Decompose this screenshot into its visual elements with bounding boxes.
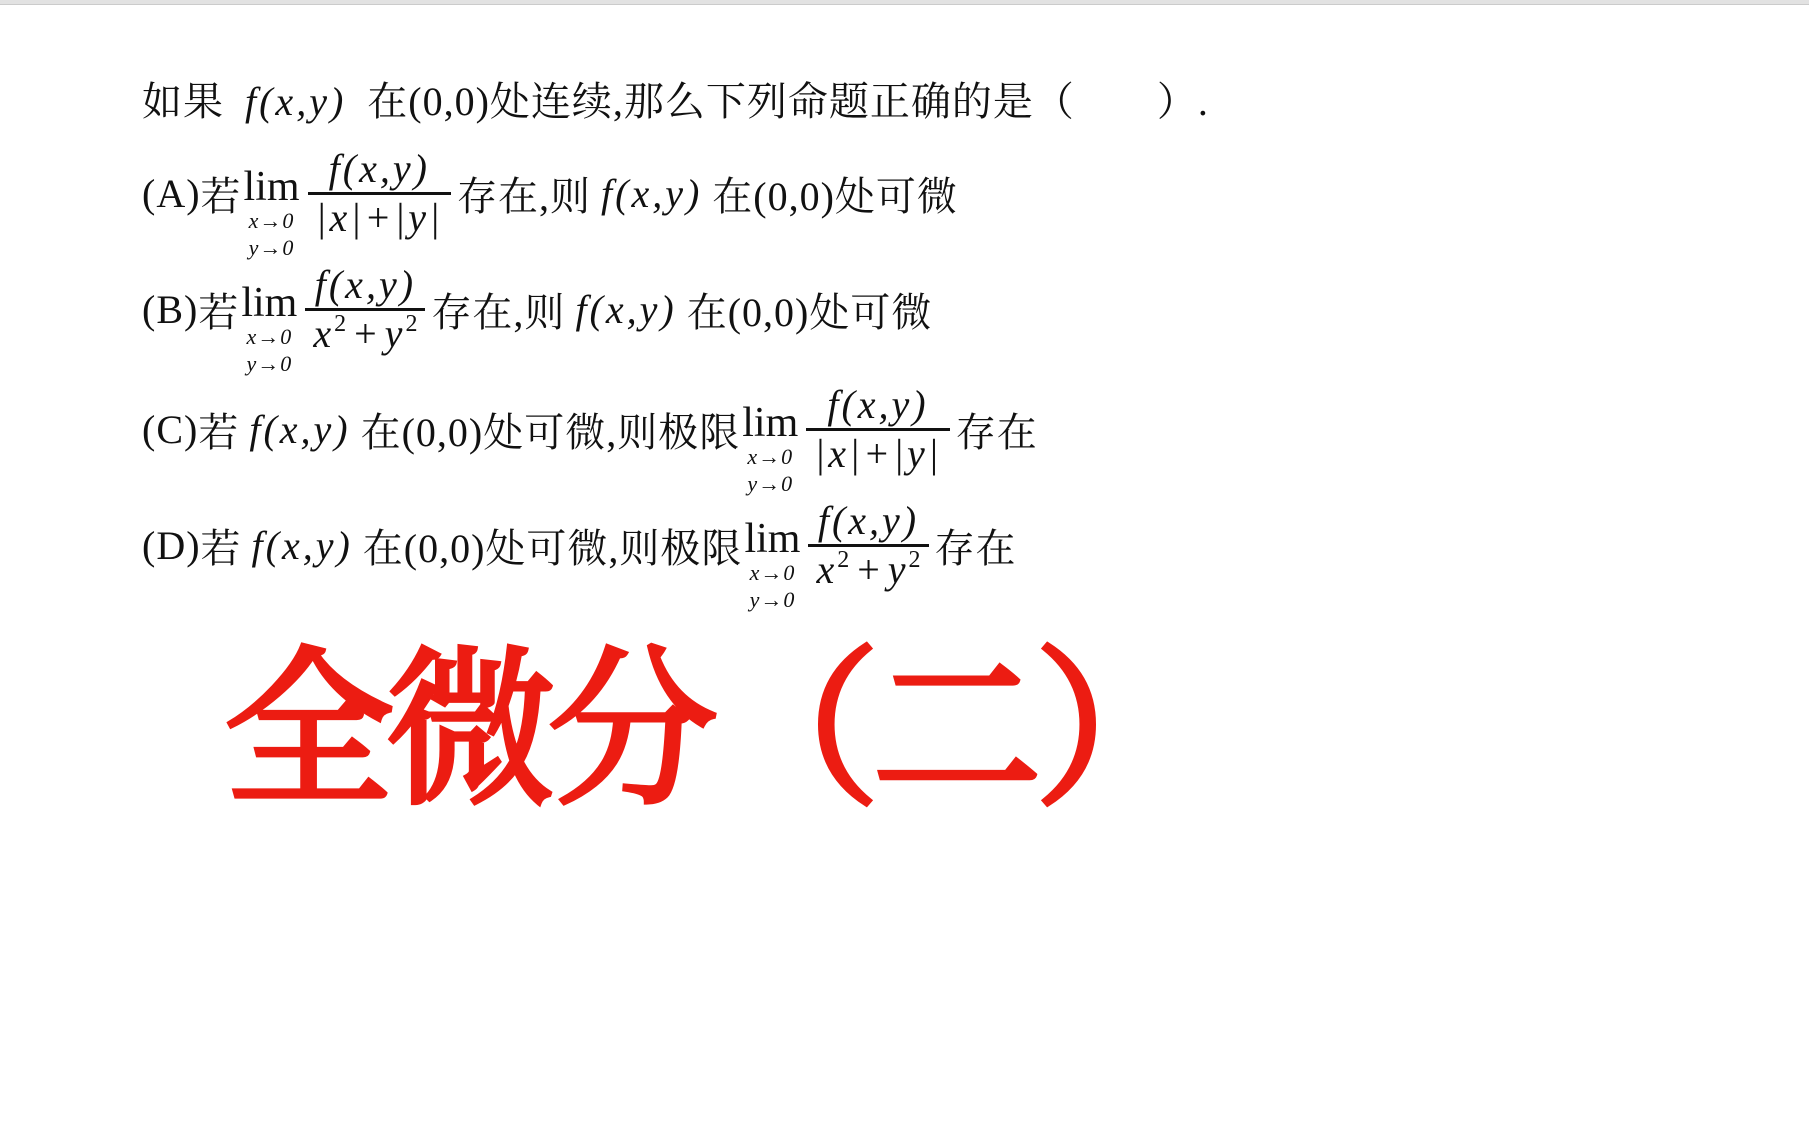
limit-operator-d: lim x→0 y→0: [744, 518, 800, 613]
fraction-denominator: |x|+|y|: [308, 195, 451, 241]
fraction-d: f(x,y) x2+y2: [808, 498, 928, 593]
option-d-label: (D): [142, 522, 201, 569]
limit-operator-b: lim x→0 y→0: [241, 282, 297, 377]
fraction-denominator: |x|+|y|: [806, 431, 949, 477]
option-b-math-fxy: f(x,y): [575, 286, 676, 333]
option-d-text-2: 存在: [935, 517, 1017, 574]
den-x-exp: 2: [837, 547, 849, 573]
option-c-math-fxy: f(x,y): [249, 406, 350, 453]
lim-subscript-y: y→0: [747, 471, 793, 497]
den-y: y: [888, 547, 909, 592]
limit-operator-c: lim x→0 y→0: [742, 402, 798, 497]
option-c-text-1: 在(0,0)处可微,则极限: [361, 401, 741, 458]
option-d-text-1: 在(0,0)处可微,则极限: [363, 517, 743, 574]
option-c-ruo: 若: [198, 401, 239, 458]
den-x: x: [816, 547, 837, 592]
fraction-denominator: x2+y2: [808, 547, 928, 593]
den-x-exp: 2: [334, 311, 346, 337]
red-topic-title: 全微分（二）: [224, 642, 1196, 821]
fraction-numerator: f(x,y): [307, 262, 424, 308]
lim-word: lim: [241, 282, 297, 324]
lim-word: lim: [744, 518, 800, 560]
limit-operator-a: lim x→0 y→0: [244, 166, 300, 261]
option-b-label: (B): [142, 286, 198, 333]
option-c-text-2: 存在: [956, 401, 1038, 458]
option-b-text-2: 在(0,0)处可微: [687, 281, 933, 338]
option-a: (A) 若 lim x→0 y→0 f(x,y) |x|+|y| 存在,则 f(…: [142, 146, 958, 241]
lim-subscript-y: y→0: [750, 587, 796, 613]
question-text-2: 在(0,0)处连续,那么下列命题正确的是（ ）.: [367, 79, 1209, 124]
den-y-exp: 2: [909, 547, 921, 573]
option-d-math-fxy: f(x,y): [252, 522, 353, 569]
lim-subscript-x: x→0: [750, 560, 796, 586]
lim-subscript-x: x→0: [747, 444, 793, 470]
fraction-numerator: f(x,y): [321, 146, 438, 192]
lim-word: lim: [244, 166, 300, 208]
fraction-numerator: f(x,y): [819, 382, 936, 428]
fraction-denominator: x2+y2: [305, 311, 425, 357]
den-x: x: [313, 311, 334, 356]
lim-subscript-x: x→0: [246, 324, 292, 350]
question-text-1: 如果: [142, 79, 224, 124]
option-a-text-2: 在(0,0)处可微: [712, 165, 958, 222]
den-plus: +: [354, 311, 377, 356]
den-plus: +: [857, 547, 880, 592]
fraction-a: f(x,y) |x|+|y|: [308, 146, 451, 241]
question-math-fxy: f(x,y): [245, 79, 346, 124]
lim-subscript-x: x→0: [249, 208, 295, 234]
den-y: y: [385, 311, 406, 356]
top-border-strip: [0, 0, 1809, 5]
option-a-math-fxy: f(x,y): [601, 170, 702, 217]
option-a-label: (A): [142, 170, 201, 217]
lim-subscript-y: y→0: [246, 351, 292, 377]
option-d: (D) 若 f(x,y) 在(0,0)处可微,则极限 lim x→0 y→0 f…: [142, 498, 1017, 593]
option-a-text-1: 存在,则: [457, 165, 591, 222]
option-a-ruo: 若: [201, 165, 242, 222]
fraction-b: f(x,y) x2+y2: [305, 262, 425, 357]
option-b-ruo: 若: [198, 281, 239, 338]
option-b: (B) 若 lim x→0 y→0 f(x,y) x2+y2 存在,则 f(x,…: [142, 262, 932, 357]
lim-subscript-y: y→0: [249, 235, 295, 261]
den-y-exp: 2: [405, 311, 417, 337]
question-line: 如果 f(x,y) 在(0,0)处连续,那么下列命题正确的是（ ）.: [142, 70, 1209, 127]
fraction-numerator: f(x,y): [810, 498, 927, 544]
option-c: (C) 若 f(x,y) 在(0,0)处可微,则极限 lim x→0 y→0 f…: [142, 382, 1038, 477]
option-c-label: (C): [142, 406, 198, 453]
option-b-text-1: 存在,则: [431, 281, 565, 338]
option-d-ruo: 若: [201, 517, 242, 574]
fraction-c: f(x,y) |x|+|y|: [806, 382, 949, 477]
lim-word: lim: [742, 402, 798, 444]
